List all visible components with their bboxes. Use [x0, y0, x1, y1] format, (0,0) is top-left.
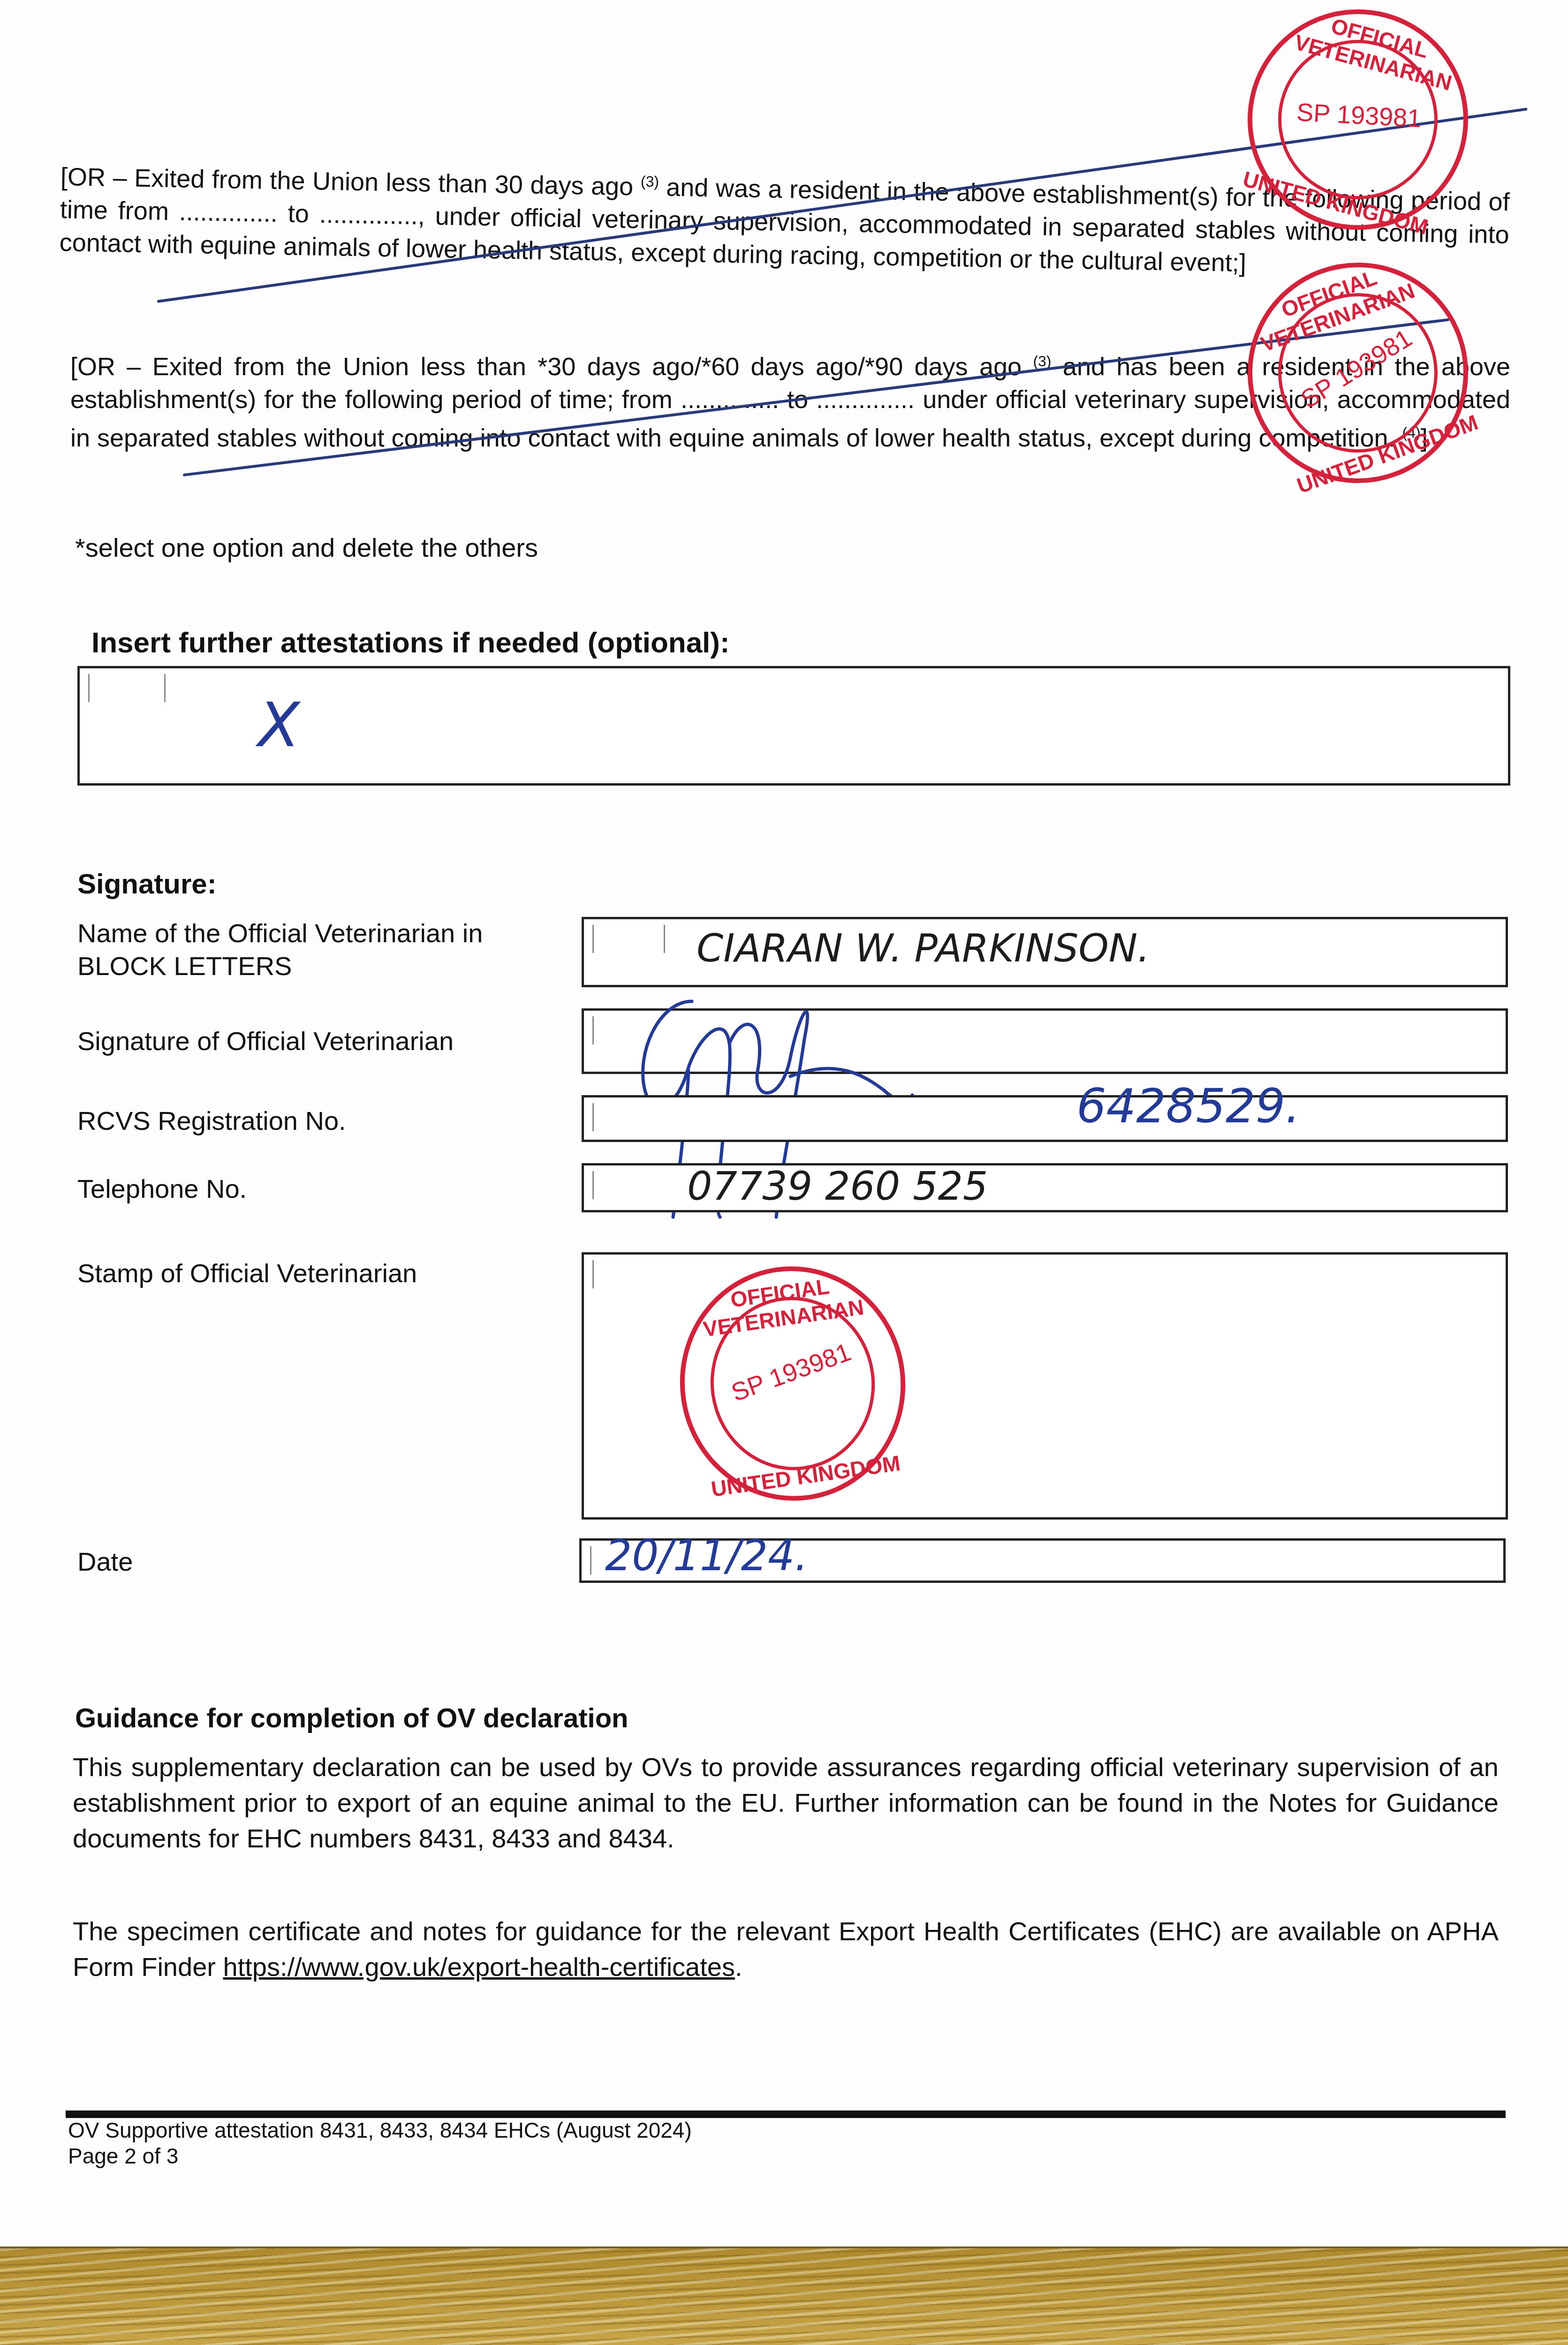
signature-field[interactable] — [582, 1008, 1508, 1074]
stamp-label: Stamp of Official Veterinarian — [77, 1257, 417, 1290]
signature-heading: Signature: — [77, 868, 217, 900]
footnote-ref: (3) — [641, 173, 659, 190]
para-text: . — [735, 1952, 742, 1982]
field-marker — [88, 674, 90, 702]
export-health-certificates-link[interactable]: https://www.gov.uk/export-health-certifi… — [223, 1952, 735, 1982]
field-marker — [592, 1103, 594, 1131]
signature-label: Signature of Official Veterinarian — [77, 1025, 454, 1058]
field-marker — [164, 674, 166, 702]
field-marker — [592, 1016, 594, 1044]
select-option-note: *select one option and delete the others — [75, 532, 538, 563]
date-field[interactable]: 20/11/24. — [579, 1538, 1506, 1583]
further-attestations-field[interactable]: X — [77, 666, 1510, 786]
footer-document-ref: OV Supportive attestation 8431, 8433, 84… — [68, 2118, 692, 2143]
guidance-paragraph-1: This supplementary declaration can be us… — [73, 1749, 1499, 1856]
field-marker — [592, 1171, 594, 1199]
field-marker — [592, 1260, 594, 1288]
official-vet-name-value: CIARAN W. PARKINSON. — [697, 926, 1150, 971]
rcvs-registration-value: 6428529. — [1076, 1079, 1300, 1134]
footer-divider — [66, 2110, 1506, 2118]
further-attestations-heading: Insert further attestations if needed (o… — [91, 626, 730, 659]
telephone-value: 07739 260 525 — [687, 1163, 988, 1209]
field-marker — [590, 1546, 591, 1574]
official-stamp-main: OFFICIAL VETERINARIAN SP 193981 UNITED K… — [665, 1252, 921, 1515]
telephone-label: Telephone No. — [77, 1172, 247, 1205]
field-marker — [592, 925, 594, 953]
document-page: [OR – Exited from the Union less than 30… — [0, 0, 1568, 2247]
guidance-heading: Guidance for completion of OV declaratio… — [75, 1702, 628, 1734]
field-marker — [664, 925, 665, 953]
stamp-field[interactable]: OFFICIAL VETERINARIAN SP 193981 UNITED K… — [582, 1252, 1508, 1520]
telephone-field[interactable]: 07739 260 525 — [582, 1163, 1508, 1212]
para-text: [OR – Exited from the Union less than *3… — [70, 353, 1033, 381]
guidance-paragraph-2: The specimen certificate and notes for g… — [73, 1914, 1499, 1985]
wooden-table-surface — [0, 2247, 1568, 2345]
rcvs-registration-label: RCVS Registration No. — [77, 1104, 346, 1137]
rcvs-registration-field[interactable]: 6428529. — [582, 1095, 1508, 1142]
para-text: [OR – Exited from the Union less than 30… — [61, 163, 641, 201]
official-vet-name-label: Name of the Official Veterinarian in BLO… — [77, 917, 570, 983]
official-vet-name-field[interactable]: CIARAN W. PARKINSON. — [582, 917, 1508, 987]
further-attestations-value: X — [258, 689, 300, 761]
date-value: 20/11/24. — [605, 1531, 808, 1581]
date-label: Date — [77, 1545, 133, 1578]
footer-page-number: Page 2 of 3 — [68, 2143, 178, 2169]
